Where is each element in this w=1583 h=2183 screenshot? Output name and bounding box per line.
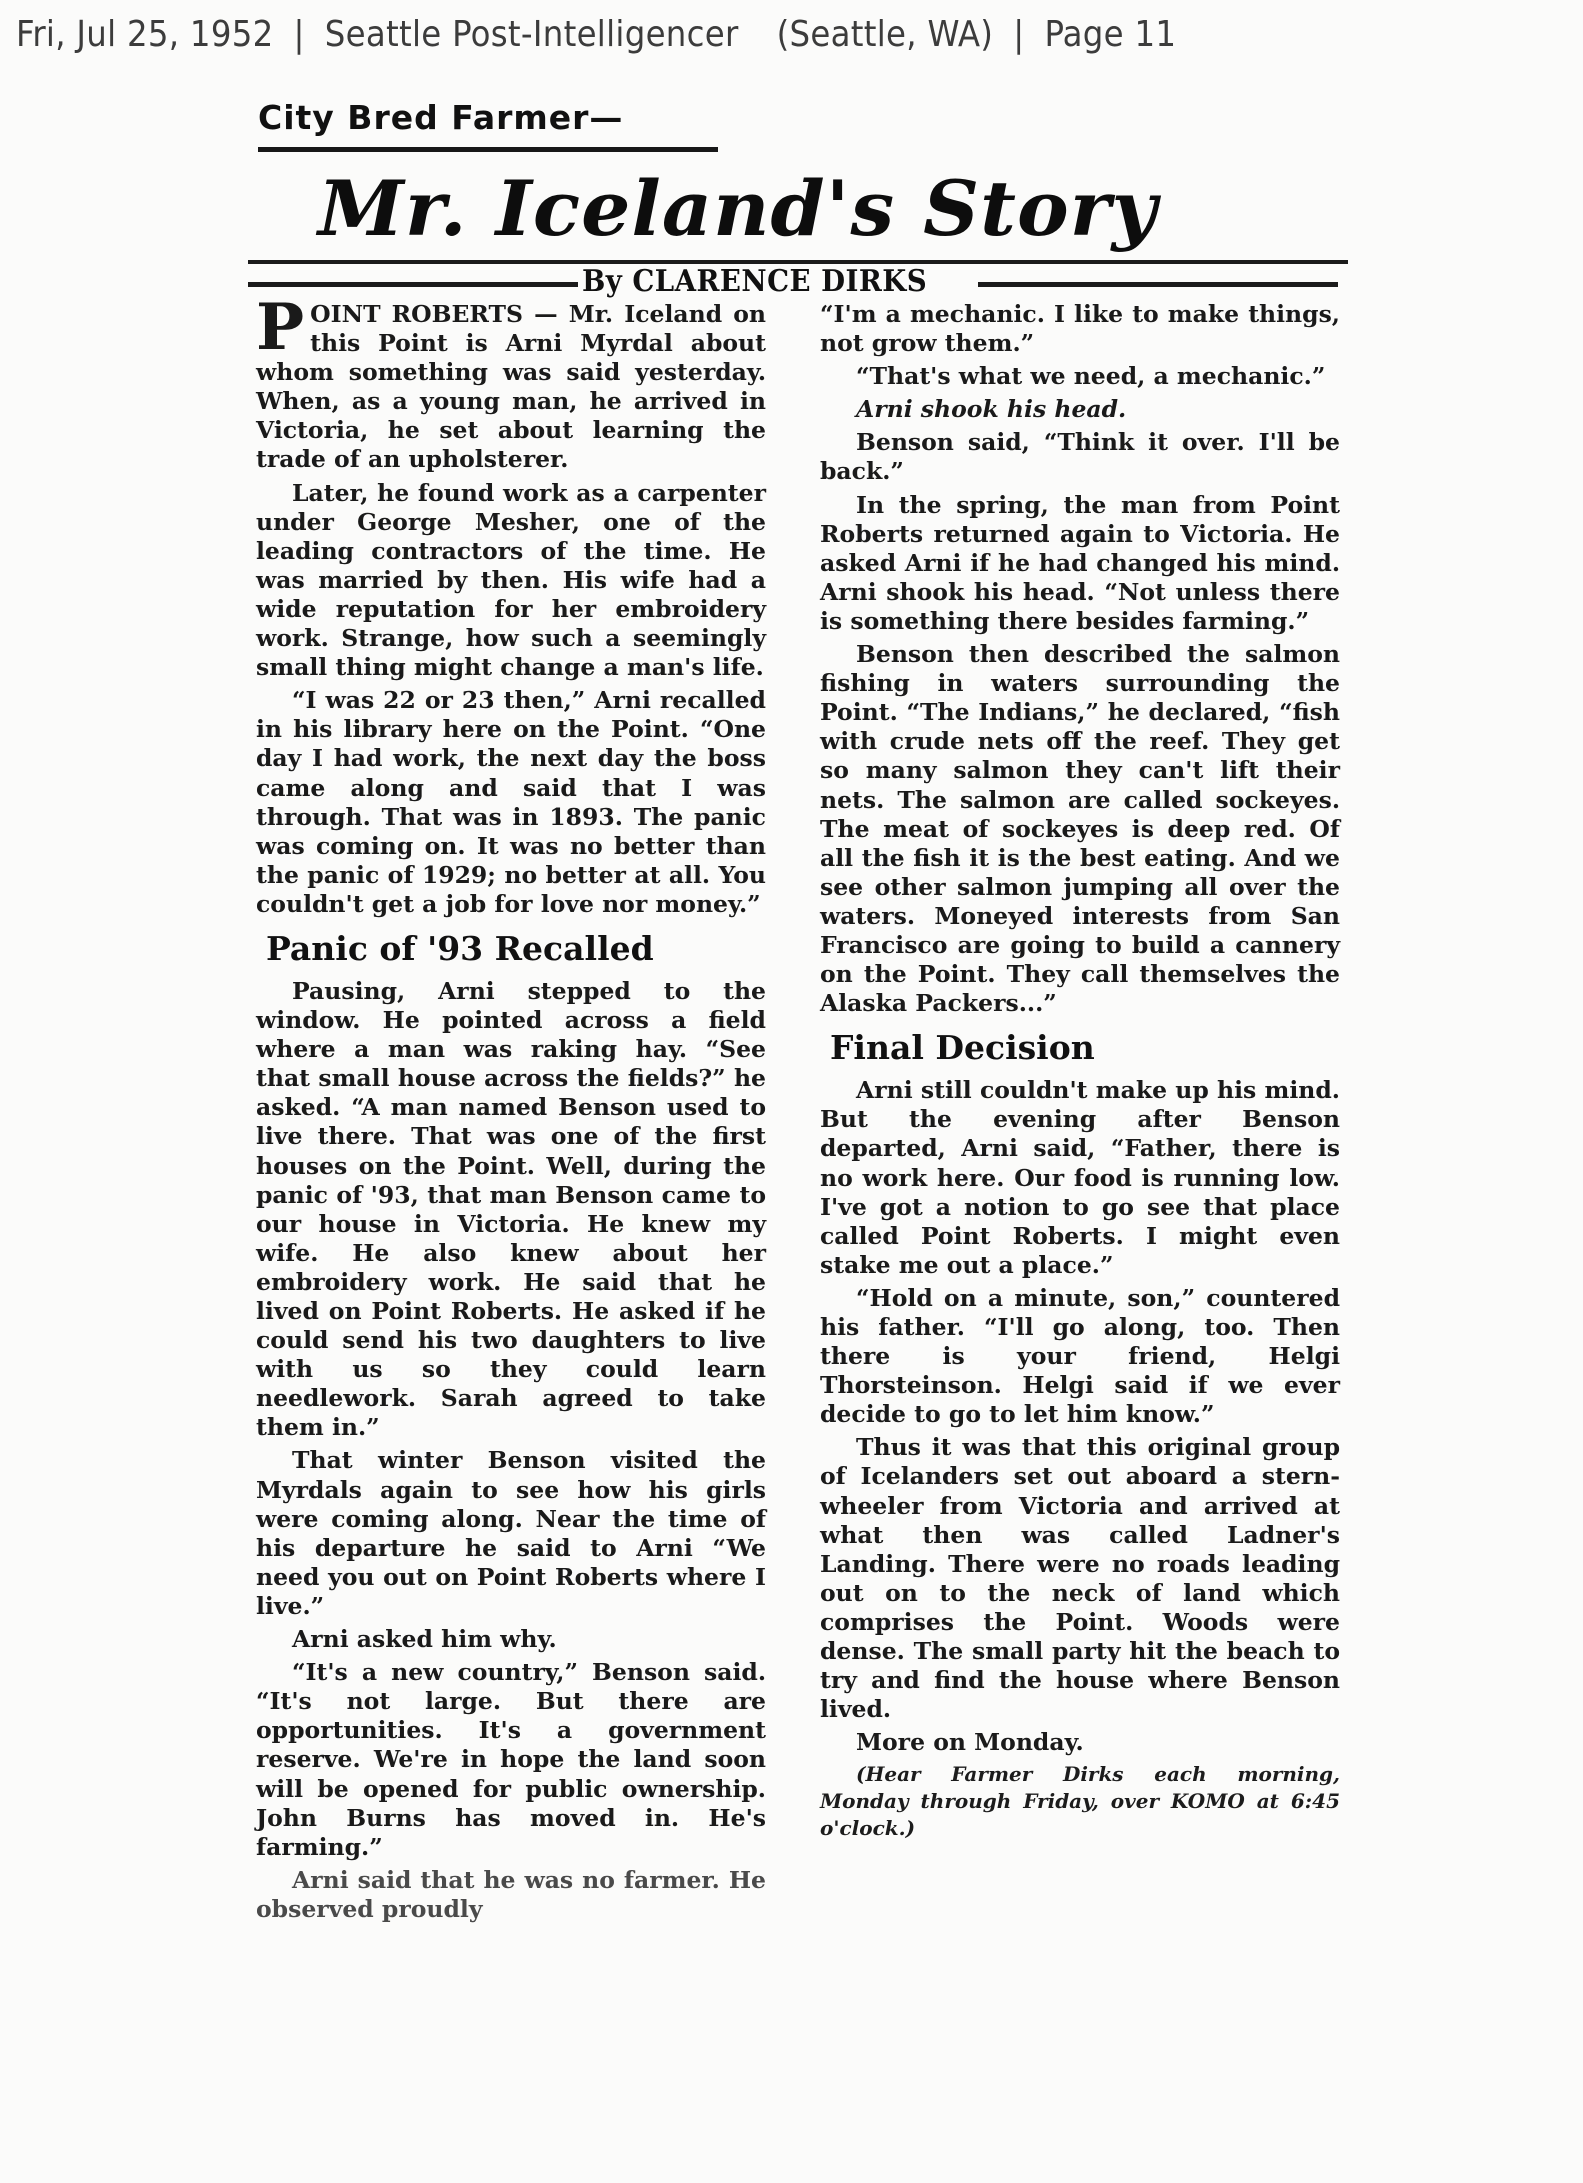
drop-cap: P [256,302,304,354]
article-column-right: “I'm a mechanic. I like to make things, … [820,300,1340,1846]
paragraph: “I was 22 or 23 then,” Arni recalled in … [256,686,766,919]
paragraph: Pausing, Arni stepped to the window. He … [256,977,766,1443]
page-header: Fri, Jul 25, 1952|Seattle Post-Intellige… [16,14,1576,55]
paragraph: “I'm a mechanic. I like to make things, … [820,300,1340,358]
article-byline: By CLARENCE DIRKS [582,264,927,299]
page-number: Page 11 [1044,14,1176,55]
byline-row: By CLARENCE DIRKS [248,264,1348,300]
article-headline: Mr. Iceland's Story [318,164,1338,253]
article-kicker: City Bred Farmer— [258,98,623,137]
subheading: Final Decision [830,1028,1340,1068]
paragraph: Arni shook his head. [820,395,1340,424]
header-separator: | [294,14,305,55]
header-separator: | [1013,14,1024,55]
paragraph: Benson said, “Think it over. I'll be bac… [820,428,1340,486]
lead-paragraph: POINT ROBERTS — Mr. Iceland on this Poin… [256,300,766,475]
publication-name: Seattle Post-Intelligencer [325,14,739,55]
newspaper-clipping: City Bred Farmer— Mr. Iceland's Story By… [248,92,1348,2172]
paragraph: Benson then described the salmon fishing… [820,640,1340,1018]
paragraph: That winter Benson visited the Myrdals a… [256,1446,766,1621]
paragraph: Thus it was that this original group of … [820,1433,1340,1724]
issue-date: Fri, Jul 25, 1952 [16,14,274,55]
paragraph: In the spring, the man from Point Robert… [820,491,1340,636]
paragraph: “Hold on a minute, son,” countered his f… [820,1284,1340,1429]
paragraph: More on Monday. [820,1728,1340,1757]
paragraph: Arni said that he was no farmer. He obse… [256,1866,766,1924]
paragraph: “That's what we need, a mechanic.” [820,362,1340,391]
subheading: Panic of '93 Recalled [266,929,766,969]
paragraph: Later, he found work as a carpenter unde… [256,479,766,683]
byline-rule-left [248,282,578,287]
article-column-left: POINT ROBERTS — Mr. Iceland on this Poin… [256,300,766,1928]
byline-rule-right [978,282,1338,287]
publication-location: (Seattle, WA) [777,14,994,55]
paragraph: “It's a new country,” Benson said. “It's… [256,1658,766,1862]
paragraph: Arni asked him why. [256,1625,766,1654]
paragraph: Arni still couldn't make up his mind. Bu… [820,1076,1340,1280]
kicker-rule [258,147,718,152]
radio-footnote: (Hear Farmer Dirks each morning, Monday … [820,1761,1340,1842]
